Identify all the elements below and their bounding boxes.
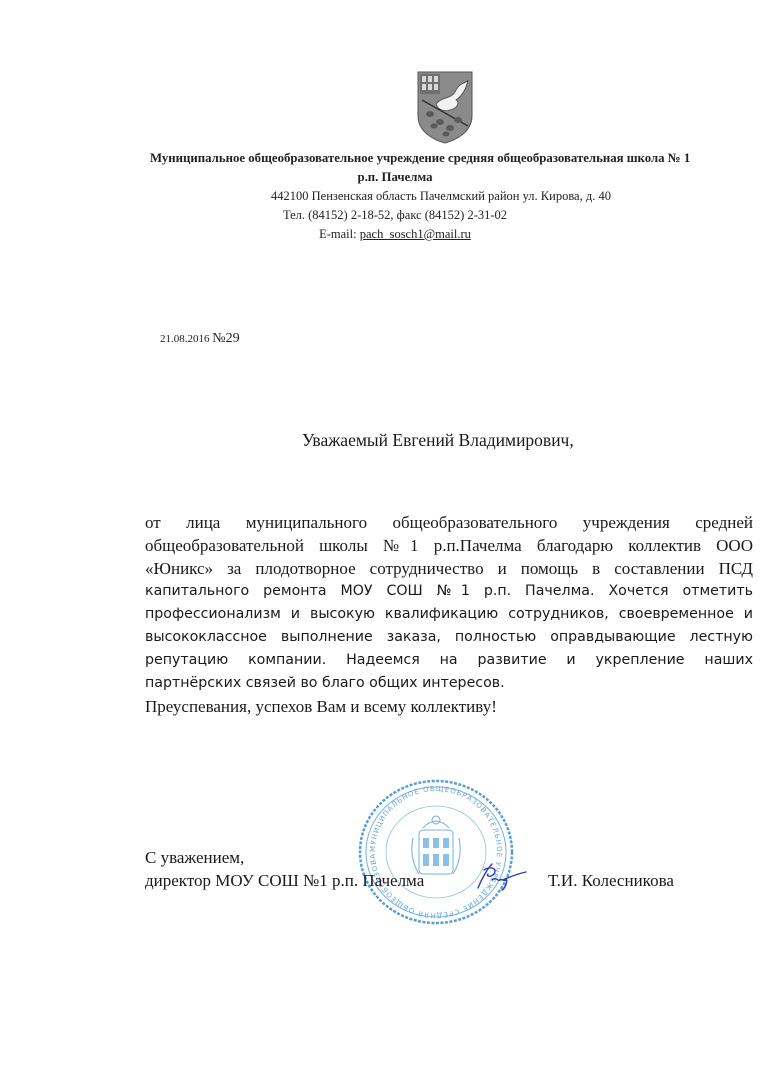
email-label: E-mail: [319, 227, 360, 241]
signer-position: директор МОУ СОШ №1 р.п. Пачелма [145, 869, 424, 892]
body-line: общеобразовательной школы №1 р.п.Пачелма… [145, 534, 753, 557]
org-name-line2: р.п. Пачелма [150, 168, 640, 187]
org-email-line: E-mail: pach_sosch1@mail.ru [150, 225, 640, 244]
body-line: «Юникс» за плодотворное сотрудничество и… [145, 557, 753, 580]
body-line: партнёрских связей во благо общих интере… [145, 672, 753, 695]
org-phone: Тел. (84152) 2-18-52, факс (84152) 2-31-… [150, 206, 640, 225]
salutation: Уважаемый Евгений Владимирович, [302, 430, 574, 451]
body-line: капитального ремонта МОУ СОШ №1 р.п. Пач… [145, 580, 753, 603]
body-line: репутацию компании. Надеемся на развитие… [145, 649, 753, 672]
closing-regards: С уважением, [145, 846, 424, 869]
letterhead: Муниципальное общеобразовательное учрежд… [150, 149, 640, 244]
handwritten-signature-icon [472, 860, 528, 894]
signer-name: Т.И. Колесникова [548, 869, 674, 892]
letter-body: от лица муниципального общеобразовательн… [145, 511, 753, 718]
closing-block: С уважением, директор МОУ СОШ №1 р.п. Па… [145, 846, 424, 892]
org-address: 442100 Пензенская область Пачелмский рай… [242, 187, 640, 206]
body-line: от лица муниципального общеобразовательн… [145, 511, 753, 534]
document-number: 29 [226, 331, 240, 346]
body-line-wishes: Преуспевания, успехов Вам и всему коллек… [145, 695, 753, 718]
coat-of-arms-icon [416, 70, 474, 144]
email-link[interactable]: pach_sosch1@mail.ru [360, 227, 471, 241]
body-line: профессионализм и высокую квалификацию с… [145, 603, 753, 626]
document-date: 21.08.2016 [160, 333, 210, 345]
body-line: высококлассное выполнение заказа, полнос… [145, 626, 753, 649]
org-name-line1: Муниципальное общеобразовательное учрежд… [150, 149, 640, 168]
document-reference: 21.08.2016 №29 [160, 331, 240, 347]
number-sign: № [212, 331, 225, 346]
